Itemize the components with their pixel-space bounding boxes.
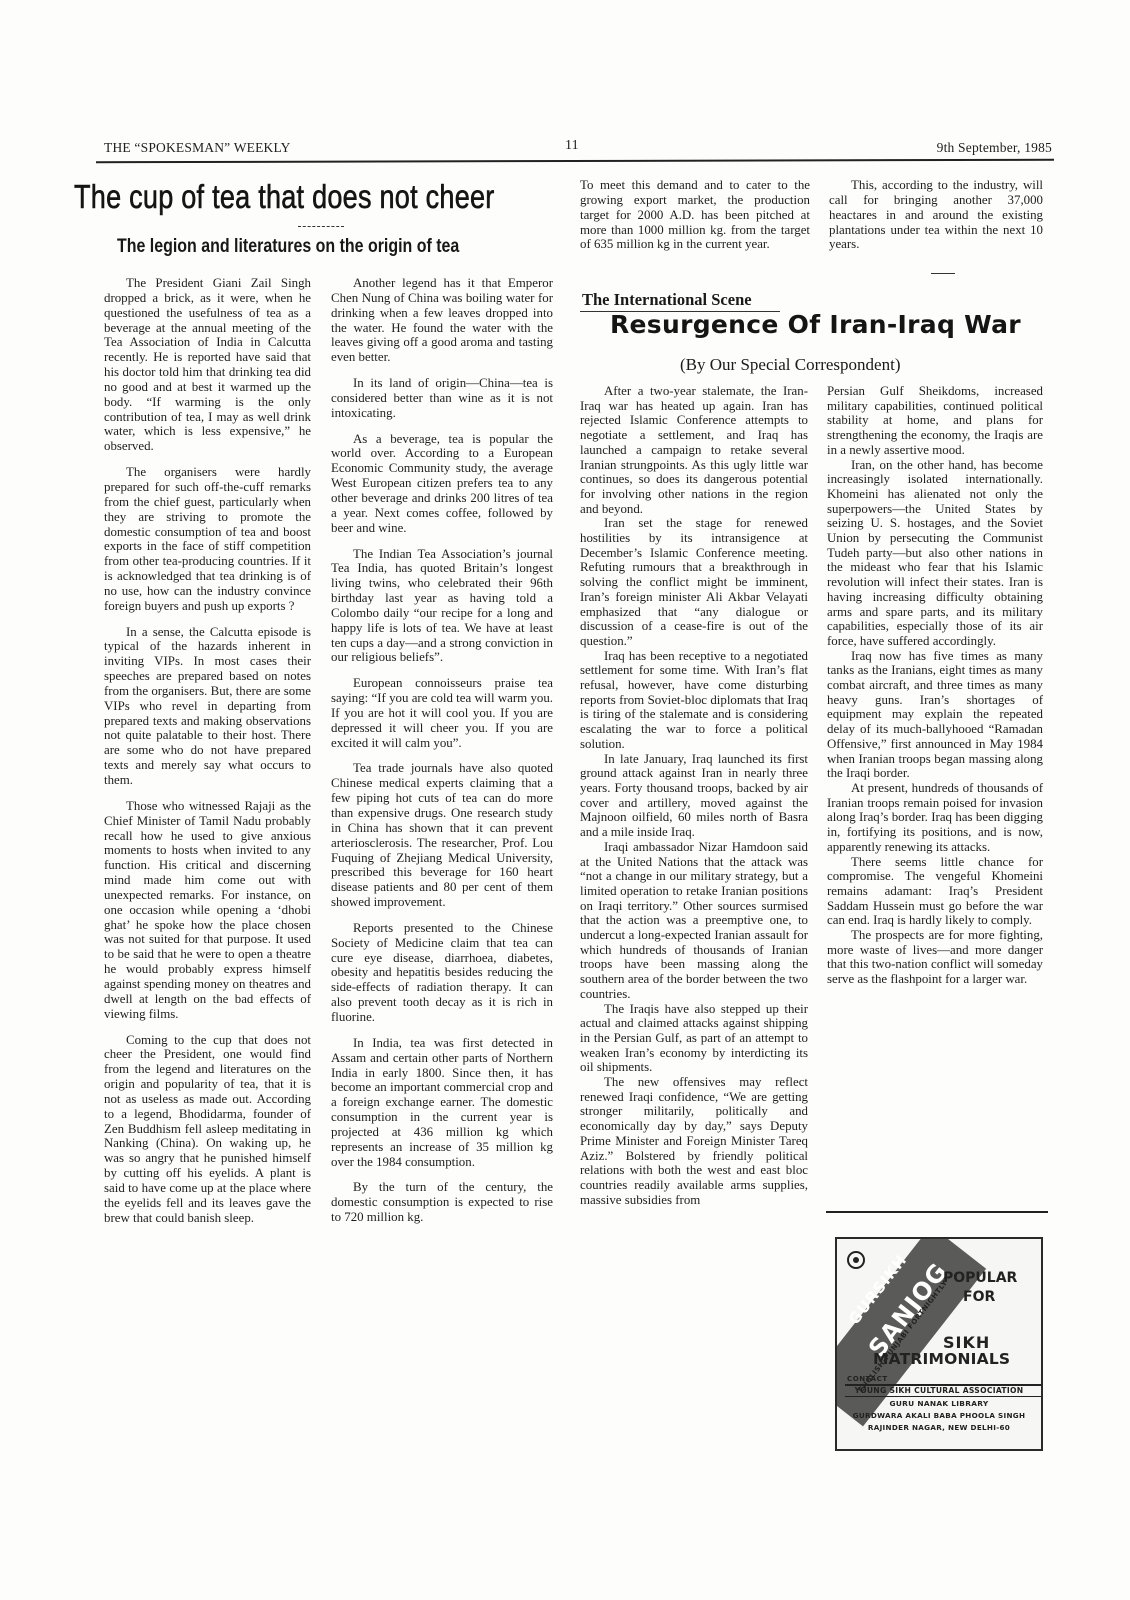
paragraph: Those who witnessed Rajaji as the Chief … [104, 799, 311, 1022]
paragraph: At present, hundreds of thousands of Ira… [827, 781, 1043, 855]
paragraph: In India, tea was first detected in Assa… [331, 1036, 553, 1170]
newspaper-page: THE “SPOKESMAN” WEEKLY 11 9th September,… [0, 0, 1130, 1600]
paragraph: In a sense, the Calcutta episode is typi… [104, 625, 311, 788]
tea-column-4-continuation: This, according to the industry, will ca… [829, 178, 1043, 252]
paragraph: The new offensives may reflect renewed I… [580, 1075, 808, 1207]
iran-article-title: Resurgence Of Iran-Iraq War [610, 310, 1021, 339]
paragraph: Another legend has it that Emperor Chen … [331, 276, 553, 365]
paragraph: Persian Gulf Sheikdoms, increased milita… [827, 384, 1043, 458]
title-separator [298, 226, 344, 228]
tea-column-1: The President Giani Zail Singh dropped a… [104, 276, 311, 1225]
paragraph: In its land of origin—China—tea is consi… [331, 376, 553, 421]
ad-divider [845, 1396, 1041, 1397]
paragraph: Tea trade journals have also quoted Chin… [331, 761, 553, 909]
tea-column-2: Another legend has it that Emperor Chen … [331, 276, 553, 1225]
contact-label: CONTACT [847, 1375, 888, 1383]
paragraph: The organisers were hardly prepared for … [104, 465, 311, 613]
paragraph: Reports presented to the Chinese Society… [331, 921, 553, 1025]
article-end-mark [931, 273, 955, 274]
section-label: The International Scene [582, 290, 752, 310]
paragraph: Iran, on the other hand, has become incr… [827, 458, 1043, 649]
contact-line: RAJINDER NAGAR, NEW DELHI-60 [841, 1423, 1037, 1432]
paragraph: As a beverage, tea is popular the world … [331, 432, 553, 536]
paragraph: Iraq now has five times as many tanks as… [827, 649, 1043, 781]
tea-column-3-continuation: To meet this demand and to cater to the … [580, 178, 810, 252]
iran-column-4: Persian Gulf Sheikdoms, increased milita… [827, 384, 1043, 987]
column-end-rule [826, 1211, 1048, 1213]
paragraph: The President Giani Zail Singh dropped a… [104, 276, 311, 454]
paragraph: This, according to the industry, will ca… [829, 178, 1043, 252]
paragraph: In late January, Iraq launched its first… [580, 752, 808, 840]
contact-line: GURU NANAK LIBRARY [841, 1399, 1037, 1408]
running-header: THE “SPOKESMAN” WEEKLY 11 9th September,… [104, 140, 1052, 158]
issue-date: 9th September, 1985 [937, 140, 1052, 156]
advertisement-box: GURSIKH SANJOG ENGLISH-PUNJABI FORTNIGHT… [835, 1237, 1043, 1451]
paragraph: By the turn of the century, the domestic… [331, 1180, 553, 1225]
byline: (By Our Special Correspondent) [680, 355, 900, 375]
paragraph: The Indian Tea Association’s journal Tea… [331, 547, 553, 666]
header-rule [96, 159, 1054, 164]
iran-column-3: After a two-year stalemate, the Iran-Ira… [580, 384, 808, 1207]
page-number: 11 [565, 138, 579, 154]
tea-article-title: The cup of tea that does not cheer [74, 178, 476, 216]
khanda-emblem-icon [847, 1251, 865, 1269]
contact-line: GURDWARA AKALI BABA PHOOLA SINGH [841, 1411, 1037, 1420]
tea-article-subtitle: The legion and literatures on the origin… [117, 236, 459, 258]
paragraph: The prospects are for more fighting, mor… [827, 928, 1043, 987]
publication-name: THE “SPOKESMAN” WEEKLY [104, 140, 291, 156]
ad-headline: POPULAR [943, 1270, 1017, 1286]
paragraph: Iraqi ambassador Nizar Hamdoon said at t… [580, 840, 808, 1002]
paragraph: European connoisseurs praise tea saying:… [331, 676, 553, 750]
paragraph: Coming to the cup that does not cheer th… [104, 1033, 311, 1226]
paragraph: Iran set the stage for renewed hostiliti… [580, 516, 808, 648]
ad-headline: FOR [963, 1289, 995, 1305]
contact-line: YOUNG SIKH CULTURAL ASSOCIATION [841, 1386, 1037, 1395]
ad-headline: MATRIMONIALS [873, 1350, 1010, 1368]
paragraph: After a two-year stalemate, the Iran-Ira… [580, 384, 808, 516]
paragraph: Iraq has been receptive to a negotiated … [580, 649, 808, 752]
paragraph: To meet this demand and to cater to the … [580, 178, 810, 252]
paragraph: The Iraqis have also stepped up their ac… [580, 1002, 808, 1076]
paragraph: There seems little chance for compromise… [827, 855, 1043, 929]
